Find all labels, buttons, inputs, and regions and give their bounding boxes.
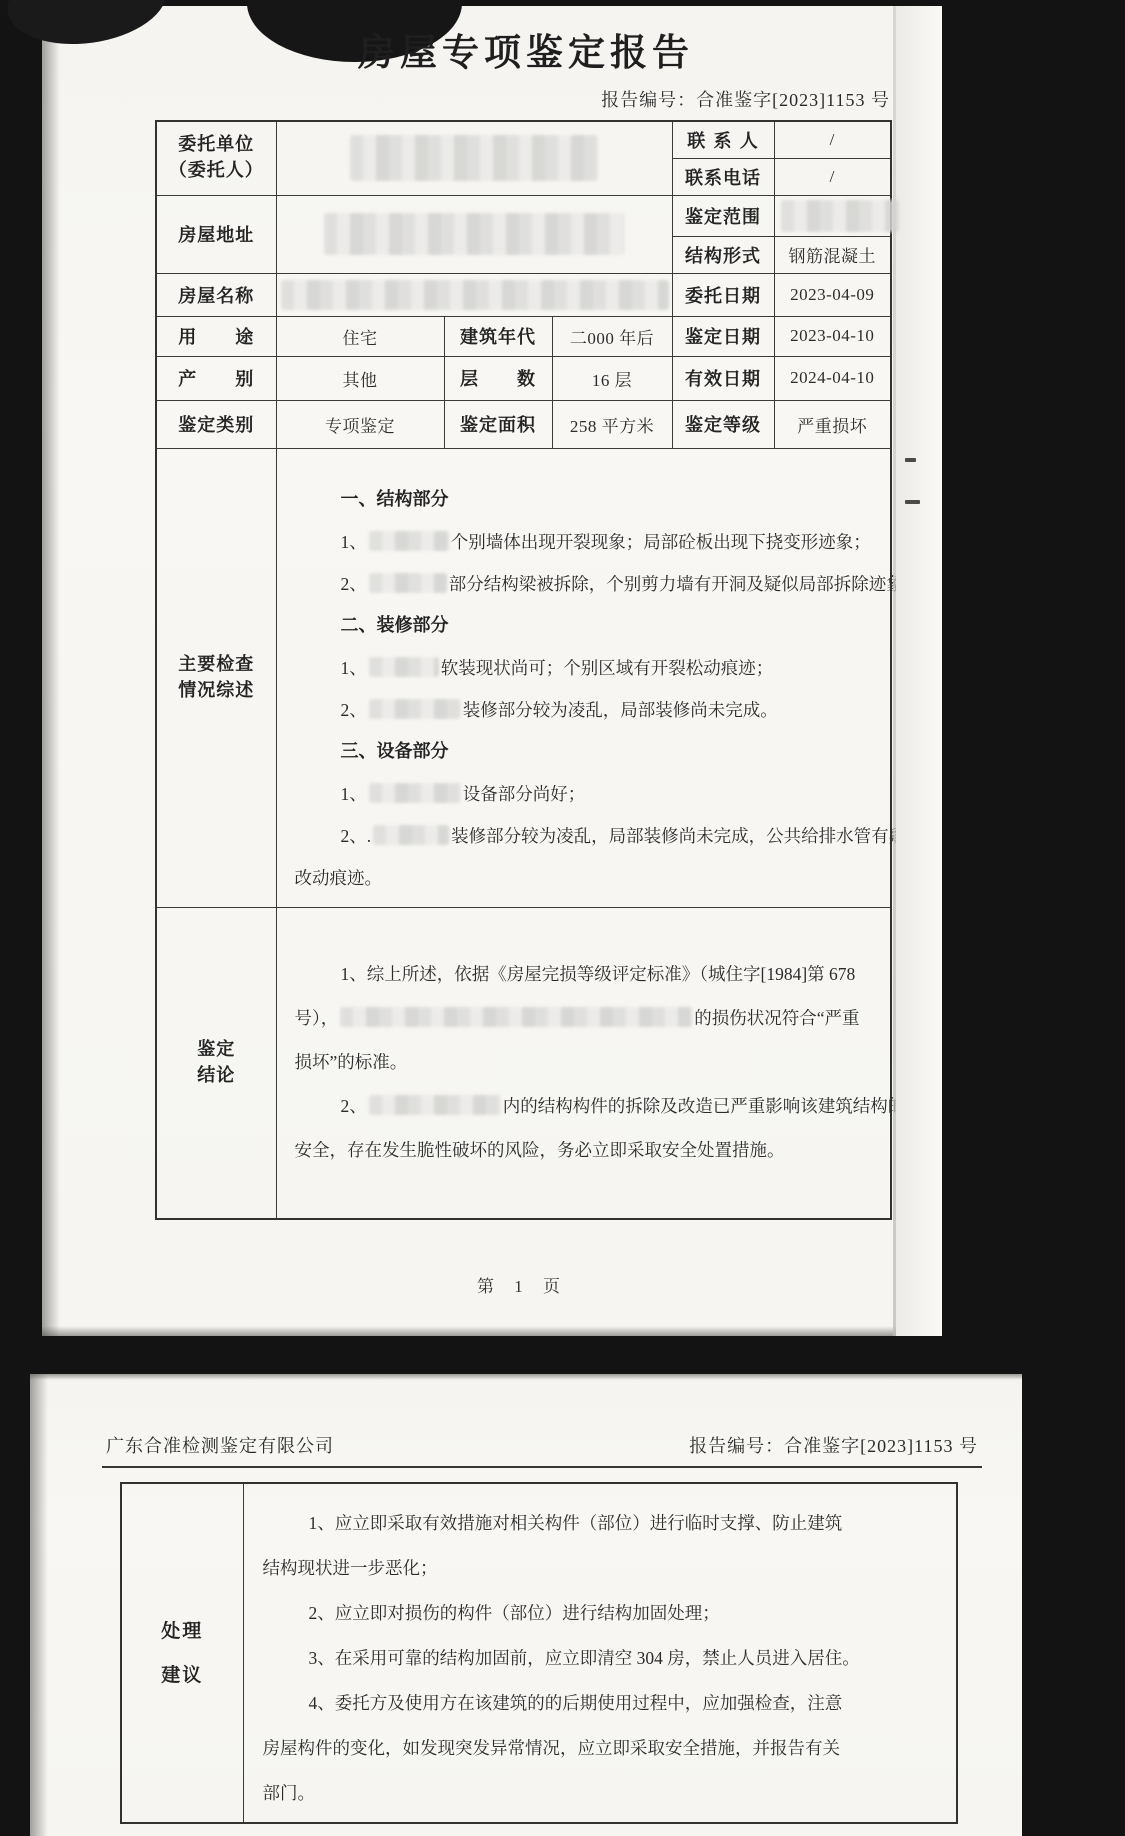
recommendation-label-line2: 建议	[123, 1653, 242, 1697]
grade-label: 鉴定等级	[672, 400, 774, 448]
scan-artifact	[30, 1374, 1022, 1380]
page-1: 房屋专项鉴定报告 报告编号：合准鉴字[2023]1153 号 委托单位 （委托人…	[42, 6, 942, 1336]
line-text: 2、	[341, 574, 367, 594]
text-line: 改动痕迹。	[295, 857, 881, 899]
redacted-text	[369, 783, 461, 803]
client-label-line2: （委托人）	[161, 158, 272, 184]
category-value: 其他	[276, 356, 444, 400]
text-line: 1、设备部分尚好；	[295, 773, 881, 815]
line-text: 部分结构梁被拆除，个别剪力墙有开洞及疑似局部拆除迹象；	[449, 574, 922, 594]
report-number: 报告编号：合准鉴字[2023]1153 号	[689, 1432, 978, 1458]
structure-label: 结构形式	[672, 236, 774, 273]
summary-label: 主要检查 情况综述	[156, 448, 276, 907]
scan-artifact	[30, 1374, 48, 1836]
line-text: 2、应立即对损伤的构件（部位）进行结构加固处理；	[309, 1603, 720, 1623]
line-text: 1、综上所述，依据《房屋完损等级评定标准》（城住字[1984]第 678	[341, 964, 856, 984]
floors-label: 层 数	[444, 356, 552, 400]
summary-label-line2: 情况综述	[161, 678, 272, 704]
appraisal-date-label: 鉴定日期	[672, 316, 774, 356]
address-label: 房屋地址	[156, 195, 276, 273]
page-footer: 第 1 页	[155, 1272, 890, 1297]
document-title: 房屋专项鉴定报告	[76, 22, 976, 76]
floors-value: 16 层	[552, 356, 672, 400]
redacted-text	[340, 1007, 692, 1027]
header-rule	[102, 1466, 982, 1468]
report-number: 报告编号：合准鉴字[2023]1153 号	[155, 86, 890, 112]
redacted-address-value	[324, 213, 624, 255]
valid-date-value: 2024-04-10	[774, 356, 891, 400]
line-text: 2、	[341, 700, 367, 720]
line-text: 1、应立即采取有效措施对相关构件（部位）进行临时支撑、防止建筑	[309, 1513, 843, 1533]
scan-artifact	[905, 458, 916, 462]
conclusion-label: 鉴定 结论	[156, 907, 276, 1219]
text-line: 号），的损伤状况符合“严重	[295, 996, 881, 1040]
scan-artifact	[42, 6, 60, 1336]
line-text: 改动痕迹。	[295, 868, 383, 888]
recommendation-label: 处理 建议	[121, 1483, 243, 1823]
conclusion-label-line1: 鉴定	[161, 1037, 272, 1063]
line-text: 1、	[341, 784, 367, 804]
line-text: 的损伤状况符合“严重	[694, 1008, 859, 1028]
conclusion-section: 1、综上所述，依据《房屋完损等级评定标准》（城住字[1984]第 678号），的…	[276, 907, 891, 1219]
conclusion-content: 1、综上所述，依据《房屋完损等级评定标准》（城住字[1984]第 678号），的…	[281, 908, 887, 1180]
page-2: 广东合准检测鉴定有限公司 报告编号：合准鉴字[2023]1153 号 处理 建议…	[30, 1374, 1022, 1836]
redacted-text	[369, 657, 439, 677]
client-label-line1: 委托单位	[161, 132, 272, 158]
house-name-label: 房屋名称	[156, 273, 276, 316]
line-text: 个别墙体出现开裂现象；局部砼板出现下挠变形迹象；	[451, 532, 871, 552]
line-text: 结构现状进一步恶化；	[263, 1558, 438, 1578]
scope-label: 鉴定范围	[672, 195, 774, 236]
redacted-text	[369, 1095, 501, 1115]
text-line: 1、应立即采取有效措施对相关构件（部位）进行临时支撑、防止建筑	[263, 1501, 948, 1546]
line-text: 设备部分尚好；	[463, 784, 586, 804]
line-text: 内的结构构件的拆除及改造已严重影响该建筑结构的	[503, 1096, 906, 1116]
phone-label: 联系电话	[672, 158, 774, 195]
page2-header: 广东合准检测鉴定有限公司 报告编号：合准鉴字[2023]1153 号	[106, 1432, 978, 1458]
conclusion-label-line2: 结论	[161, 1063, 272, 1089]
summary-content: 一、结构部分1、个别墙体出现开裂现象；局部砼板出现下挠变形迹象；2、部分结构梁被…	[281, 449, 887, 907]
line-text: 三、设备部分	[341, 741, 449, 762]
type-value: 专项鉴定	[276, 400, 444, 448]
appraisal-date-value: 2023-04-10	[774, 316, 891, 356]
area-value: 258 平方米	[552, 400, 672, 448]
text-line: 安全，存在发生脆性破坏的风险，务必立即采取安全处置措施。	[295, 1128, 881, 1172]
line-text: 软装现状尚可；个别区域有开裂松动痕迹；	[441, 658, 774, 678]
text-line: 1、软装现状尚可；个别区域有开裂松动痕迹；	[295, 647, 881, 689]
redacted-text	[373, 825, 449, 845]
grade-value: 严重损坏	[774, 400, 891, 448]
contact-label: 联 系 人	[672, 121, 774, 158]
text-line: 3、在采用可靠的结构加固前，应立即清空 304 房，禁止人员进入居住。	[263, 1636, 948, 1681]
line-text: 一、结构部分	[341, 489, 449, 510]
redacted-client-value	[350, 135, 598, 181]
text-line: 损坏”的标准。	[295, 1040, 881, 1084]
text-line: 部门。	[263, 1771, 948, 1816]
section-heading: 一、结构部分	[295, 479, 881, 521]
text-line: 1、综上所述，依据《房屋完损等级评定标准》（城住字[1984]第 678	[295, 952, 881, 996]
scan-artifact	[905, 500, 920, 504]
scanned-report-photo: { "colors": { "paper": "#f6f5f1", "ink":…	[0, 0, 1125, 1836]
recommendation-section: 1、应立即采取有效措施对相关构件（部位）进行临时支撑、防止建筑结构现状进一步恶化…	[243, 1483, 957, 1823]
era-value: 二000 年后	[552, 316, 672, 356]
text-line: 2、内的结构构件的拆除及改造已严重影响该建筑结构的	[295, 1084, 881, 1128]
redacted-text	[369, 531, 449, 551]
scan-artifact	[896, 6, 942, 1336]
usage-label: 用 途	[156, 316, 276, 356]
company-name: 广东合准检测鉴定有限公司	[106, 1432, 334, 1458]
line-text: 4、委托方及使用方在该建筑的的后期使用过程中，应加强检查，注意	[309, 1693, 843, 1713]
section-heading: 二、装修部分	[295, 605, 881, 647]
line-text: 1、	[341, 658, 367, 678]
line-text: 2、.	[341, 826, 372, 846]
text-line: 2、装修部分较为凌乱，局部装修尚未完成。	[295, 689, 881, 731]
client-value-cell	[276, 121, 672, 195]
line-text: 部门。	[263, 1783, 316, 1803]
valid-date-label: 有效日期	[672, 356, 774, 400]
text-line: 1、个别墙体出现开裂现象；局部砼板出现下挠变形迹象；	[295, 521, 881, 563]
summary-section: 一、结构部分1、个别墙体出现开裂现象；局部砼板出现下挠变形迹象；2、部分结构梁被…	[276, 448, 891, 907]
scan-artifact	[42, 1326, 942, 1336]
text-line: 2、部分结构梁被拆除，个别剪力墙有开洞及疑似局部拆除迹象；	[295, 563, 881, 605]
line-text: 安全，存在发生脆性破坏的风险，务必立即采取安全处置措施。	[295, 1140, 785, 1160]
section-heading: 三、设备部分	[295, 731, 881, 773]
category-label: 产 别	[156, 356, 276, 400]
recommendation-content: 1、应立即采取有效措施对相关构件（部位）进行临时支撑、防止建筑结构现状进一步恶化…	[245, 1485, 956, 1820]
text-line: 4、委托方及使用方在该建筑的的后期使用过程中，应加强检查，注意	[263, 1681, 948, 1726]
text-line: 结构现状进一步恶化；	[263, 1546, 948, 1591]
line-text: 装修部分较为凌乱，局部装修尚未完成。	[463, 700, 778, 720]
redacted-text	[369, 573, 447, 593]
recommendation-label-line1: 处理	[123, 1609, 242, 1653]
type-label: 鉴定类别	[156, 400, 276, 448]
recommendation-table: 处理 建议 1、应立即采取有效措施对相关构件（部位）进行临时支撑、防止建筑结构现…	[120, 1482, 958, 1824]
line-text: 2、	[341, 1096, 367, 1116]
summary-label-line1: 主要检查	[161, 652, 272, 678]
text-line: 2、.装修部分较为凌乱，局部装修尚未完成，公共给排水管有疑似	[295, 815, 881, 857]
line-text: 房屋构件的变化，如发现突发异常情况，应立即采取安全措施，并报告有关	[263, 1738, 841, 1758]
address-value-cell	[276, 195, 672, 273]
line-text: 装修部分较为凌乱，局部装修尚未完成，公共给排水管有疑似	[451, 826, 924, 846]
commission-date-label: 委托日期	[672, 273, 774, 316]
line-text: 号），	[295, 1008, 339, 1028]
commission-date-value: 2023-04-09	[774, 273, 891, 316]
line-text: 二、装修部分	[341, 615, 449, 636]
text-line: 房屋构件的变化，如发现突发异常情况，应立即采取安全措施，并报告有关	[263, 1726, 948, 1771]
house-name-value-cell	[276, 273, 672, 316]
era-label: 建筑年代	[444, 316, 552, 356]
structure-value: 钢筋混凝土	[774, 236, 891, 273]
line-text: 损坏”的标准。	[295, 1052, 408, 1072]
area-label: 鉴定面积	[444, 400, 552, 448]
scope-value-cell	[774, 195, 891, 236]
info-table: 委托单位 （委托人） 联 系 人 / 联系电话 / 房屋地址 鉴定范围 结构形式	[155, 120, 892, 1220]
contact-value: /	[774, 121, 891, 158]
phone-value: /	[774, 158, 891, 195]
client-label: 委托单位 （委托人）	[156, 121, 276, 195]
line-text: 1、	[341, 532, 367, 552]
redacted-house-name	[281, 280, 669, 310]
line-text: 3、在采用可靠的结构加固前，应立即清空 304 房，禁止人员进入居住。	[309, 1648, 860, 1668]
redacted-scope-value	[781, 200, 899, 232]
text-line: 2、应立即对损伤的构件（部位）进行结构加固处理；	[263, 1591, 948, 1636]
usage-value: 住宅	[276, 316, 444, 356]
redacted-text	[369, 699, 461, 719]
